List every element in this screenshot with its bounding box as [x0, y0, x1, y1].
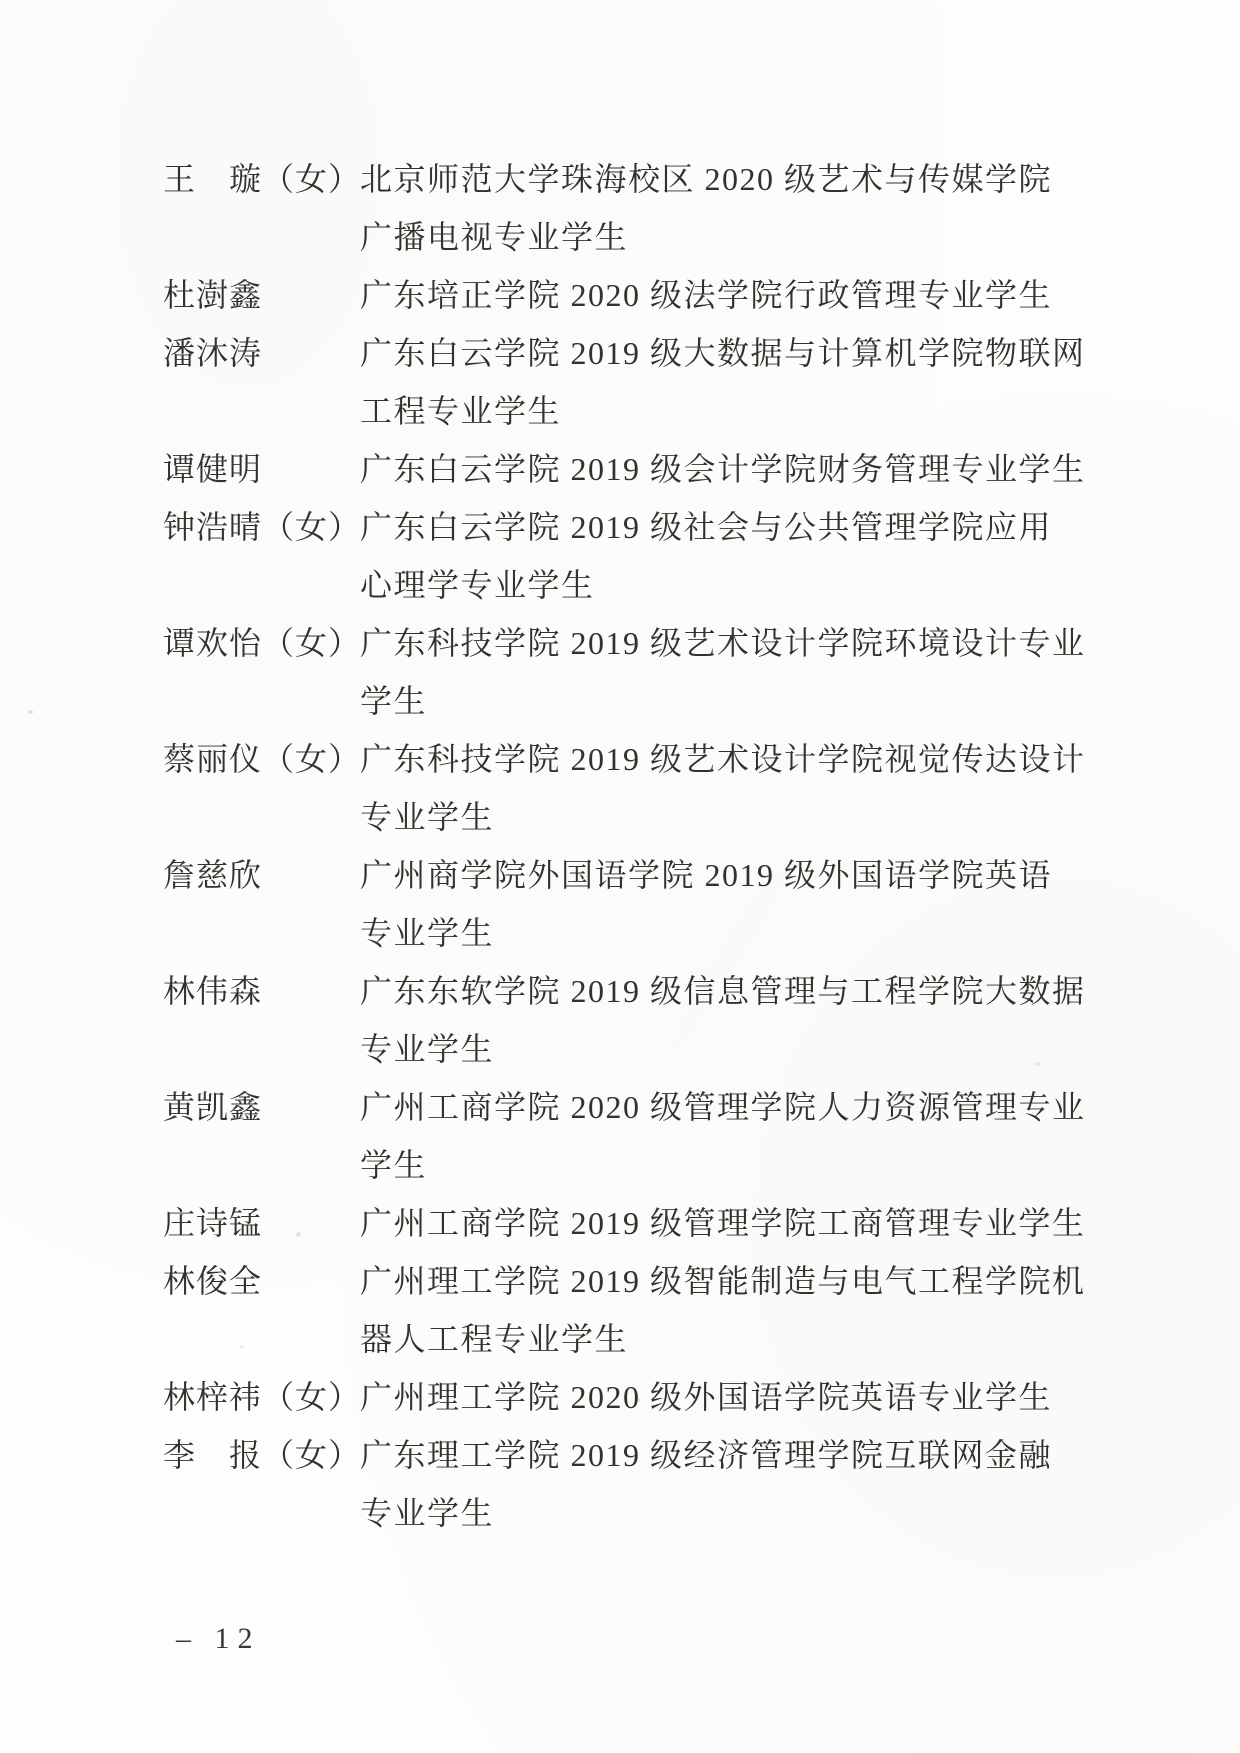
student-entry: 谭欢怡（女） 广东科技学院 2019 级艺术设计学院环境设计专业 学生 [163, 614, 1088, 730]
student-name: 谭欢怡（女） [163, 614, 360, 672]
scan-speck [637, 1398, 641, 1402]
description-line: 广州工商学院 2019 级管理学院工商管理专业学生 [360, 1194, 1088, 1252]
description-line: 广东白云学院 2019 级社会与公共管理学院应用 [360, 498, 1088, 556]
student-entry: 林梓祎（女） 广州理工学院 2020 级外国语学院英语专业学生 [163, 1368, 1088, 1426]
student-name: 林俊全 [163, 1252, 360, 1310]
student-entry: 潘沐涛 广东白云学院 2019 级大数据与计算机学院物联网 工程专业学生 [163, 324, 1088, 440]
student-entry: 钟浩晴（女） 广东白云学院 2019 级社会与公共管理学院应用 心理学专业学生 [163, 498, 1088, 614]
scan-speck [296, 1232, 301, 1237]
student-description: 广东科技学院 2019 级艺术设计学院环境设计专业 学生 [360, 614, 1088, 730]
scan-speck [240, 1345, 244, 1348]
description-line: 北京师范大学珠海校区 2020 级艺术与传媒学院 [360, 150, 1088, 208]
description-line: 广东理工学院 2019 级经济管理学院互联网金融 [360, 1426, 1088, 1484]
student-entry: 林伟森 广东东软学院 2019 级信息管理与工程学院大数据 专业学生 [163, 962, 1088, 1078]
student-description: 广州商学院外国语学院 2019 级外国语学院英语 专业学生 [360, 846, 1088, 962]
student-list: 王 璇（女） 北京师范大学珠海校区 2020 级艺术与传媒学院 广播电视专业学生… [163, 150, 1088, 1542]
description-line: 广州理工学院 2019 级智能制造与电气工程学院机 [360, 1252, 1088, 1310]
student-entry: 黄凯鑫 广州工商学院 2020 级管理学院人力资源管理专业 学生 [163, 1078, 1088, 1194]
student-name: 林梓祎（女） [163, 1368, 360, 1426]
student-entry: 李 报（女） 广东理工学院 2019 级经济管理学院互联网金融 专业学生 [163, 1426, 1088, 1542]
student-name: 林伟森 [163, 962, 360, 1020]
student-description: 广东理工学院 2019 级经济管理学院互联网金融 专业学生 [360, 1426, 1088, 1542]
student-name: 潘沐涛 [163, 324, 360, 382]
description-line: 工程专业学生 [360, 382, 1088, 440]
student-name: 蔡丽仪（女） [163, 730, 360, 788]
student-entry: 王 璇（女） 北京师范大学珠海校区 2020 级艺术与传媒学院 广播电视专业学生 [163, 150, 1088, 266]
student-description: 北京师范大学珠海校区 2020 级艺术与传媒学院 广播电视专业学生 [360, 150, 1088, 266]
student-description: 广东白云学院 2019 级大数据与计算机学院物联网 工程专业学生 [360, 324, 1088, 440]
student-description: 广州工商学院 2020 级管理学院人力资源管理专业 学生 [360, 1078, 1088, 1194]
student-description: 广州理工学院 2020 级外国语学院英语专业学生 [360, 1368, 1088, 1426]
student-name: 谭健明 [163, 440, 360, 498]
student-entry: 谭健明 广东白云学院 2019 级会计学院财务管理专业学生 [163, 440, 1088, 498]
description-line: 器人工程专业学生 [360, 1310, 1088, 1368]
description-line: 广州理工学院 2020 级外国语学院英语专业学生 [360, 1368, 1088, 1426]
student-description: 广东白云学院 2019 级会计学院财务管理专业学生 [360, 440, 1088, 498]
student-description: 广州工商学院 2019 级管理学院工商管理专业学生 [360, 1194, 1088, 1252]
description-line: 学生 [360, 672, 1088, 730]
description-line: 广东白云学院 2019 级大数据与计算机学院物联网 [360, 324, 1088, 382]
scan-speck [1035, 1062, 1041, 1066]
description-line: 专业学生 [360, 904, 1088, 962]
student-name: 杜澍鑫 [163, 266, 360, 324]
description-line: 广东培正学院 2020 级法学院行政管理专业学生 [360, 266, 1088, 324]
description-line: 广东科技学院 2019 级艺术设计学院环境设计专业 [360, 614, 1088, 672]
student-name: 钟浩晴（女） [163, 498, 360, 556]
student-name: 李 报（女） [163, 1426, 360, 1484]
description-line: 广东东软学院 2019 级信息管理与工程学院大数据 [360, 962, 1088, 1020]
student-entry: 林俊全 广州理工学院 2019 级智能制造与电气工程学院机 器人工程专业学生 [163, 1252, 1088, 1368]
student-description: 广东白云学院 2019 级社会与公共管理学院应用 心理学专业学生 [360, 498, 1088, 614]
student-description: 广东培正学院 2020 级法学院行政管理专业学生 [360, 266, 1088, 324]
description-line: 专业学生 [360, 1484, 1088, 1542]
page-number: – 12 [176, 1618, 261, 1660]
student-description: 广东科技学院 2019 级艺术设计学院视觉传达设计 专业学生 [360, 730, 1088, 846]
student-entry: 杜澍鑫 广东培正学院 2020 级法学院行政管理专业学生 [163, 266, 1088, 324]
student-entry: 庄诗锰 广州工商学院 2019 级管理学院工商管理专业学生 [163, 1194, 1088, 1252]
description-line: 广东科技学院 2019 级艺术设计学院视觉传达设计 [360, 730, 1088, 788]
description-line: 广州工商学院 2020 级管理学院人力资源管理专业 [360, 1078, 1088, 1136]
student-description: 广东东软学院 2019 级信息管理与工程学院大数据 专业学生 [360, 962, 1088, 1078]
description-line: 广播电视专业学生 [360, 208, 1088, 266]
student-entry: 蔡丽仪（女） 广东科技学院 2019 级艺术设计学院视觉传达设计 专业学生 [163, 730, 1088, 846]
description-line: 学生 [360, 1136, 1088, 1194]
description-line: 心理学专业学生 [360, 556, 1088, 614]
description-line: 专业学生 [360, 788, 1088, 846]
description-line: 广州商学院外国语学院 2019 级外国语学院英语 [360, 846, 1088, 904]
description-line: 专业学生 [360, 1020, 1088, 1078]
student-name: 王 璇（女） [163, 150, 360, 208]
student-name: 庄诗锰 [163, 1194, 360, 1252]
scan-speck [28, 710, 33, 714]
description-line: 广东白云学院 2019 级会计学院财务管理专业学生 [360, 440, 1088, 498]
student-name: 詹慈欣 [163, 846, 360, 904]
student-entry: 詹慈欣 广州商学院外国语学院 2019 级外国语学院英语 专业学生 [163, 846, 1088, 962]
student-name: 黄凯鑫 [163, 1078, 360, 1136]
student-description: 广州理工学院 2019 级智能制造与电气工程学院机 器人工程专业学生 [360, 1252, 1088, 1368]
